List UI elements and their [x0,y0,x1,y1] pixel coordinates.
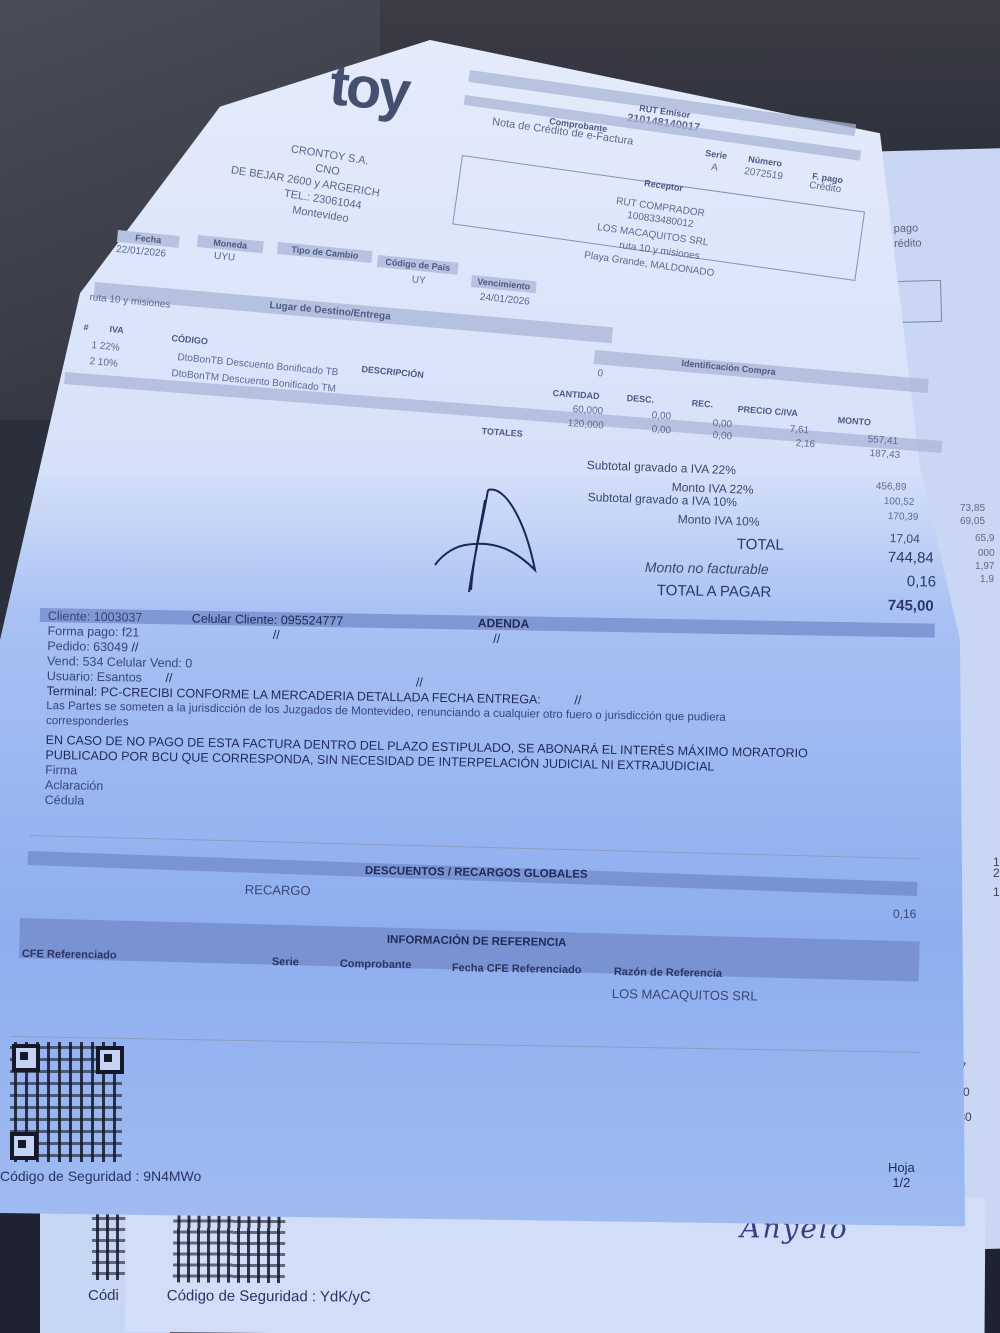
adenda-separator: // [273,628,280,642]
adenda-separator: // [574,693,581,707]
iva-22-value: 100,52 [884,496,915,508]
col-desc: DESC. [626,393,654,405]
row1-cantidad: 60,000 [572,404,603,417]
row2-desc: 0,00 [651,424,671,436]
row2-number: 2 [89,356,96,367]
total-pagar-value: 745,00 [888,597,934,615]
row1-iva: 22% [99,341,120,354]
row2-rec: 0,00 [712,430,732,442]
descuentos-tipo: RECARGO [245,882,311,898]
iva-10-value: 17,04 [890,531,921,546]
total-pagar-label: TOTAL A PAGAR [657,582,772,601]
adenda-separator: // [493,632,500,646]
invoice-sheet: toy CRONTOY S.A. CNO DE BEJAR 2600 y ARG… [0,0,1000,1333]
no-facturable-value: 0,16 [907,573,936,591]
adenda-pedido: Pedido: 63049 [47,639,128,654]
issuer-logo: toy [327,51,412,126]
row2-precio: 2,16 [795,438,815,450]
total-label: TOTAL [737,536,784,554]
adenda-separator: // [165,671,172,685]
ref-col-comprobante: Comprobante [340,958,412,971]
adenda-celular-cliente: Celular Cliente: 095524777 [192,612,344,629]
page-indicator: Hoja 1/2 [888,1160,915,1190]
subtotal-10-value: 170,39 [888,511,919,523]
row1-number: 1 [91,340,98,351]
signature-mark [425,480,555,600]
adenda-forma-pago: Forma pago: f21 [47,624,139,640]
col-rec: REC. [691,398,713,409]
adenda-usuario: Usuario: Esantos [47,669,142,685]
security-code: Código de Seguridad : 9N4MWo [0,1168,201,1184]
ref-col-serie: Serie [272,956,299,968]
row2-monto: 187,43 [869,448,900,461]
serie-value: A [710,162,718,174]
col-iva: IVA [109,324,124,335]
adenda-separator: // [416,675,423,689]
descuentos-valor: 0,16 [893,907,916,921]
row1-rec: 0,00 [712,418,732,430]
row1-monto: 557,41 [867,434,898,447]
total-value: 744,84 [888,549,934,567]
no-facturable-label: Monto no facturable [645,559,769,577]
col-number: # [83,322,89,332]
adenda-separator: // [131,640,138,654]
iva-10-label: Monto IVA 10% [678,512,760,529]
row1-precio: 7,61 [789,424,809,436]
adenda-cliente-id: Cliente: 1003037 [48,609,143,625]
ref-col-razon: Razón de Referencia [614,966,722,980]
qr-code-icon [10,1042,122,1162]
page-number: 1/2 [888,1175,915,1190]
ref-col-cfe: CFE Referenciado [22,948,117,962]
ref-razon-value: LOS MACAQUITOS SRL [612,986,758,1004]
row1-desc: 0,00 [651,410,671,422]
subtotal-22-value: 456,89 [876,481,907,493]
row2-iva: 10% [97,357,118,370]
adenda-block: Cliente: 1003037 Celular Cliente: 095524… [45,609,811,821]
id-compra-value: 0 [597,368,604,379]
ref-col-fecha: Fecha CFE Referenciado [452,962,582,976]
page-label: Hoja [888,1160,915,1175]
